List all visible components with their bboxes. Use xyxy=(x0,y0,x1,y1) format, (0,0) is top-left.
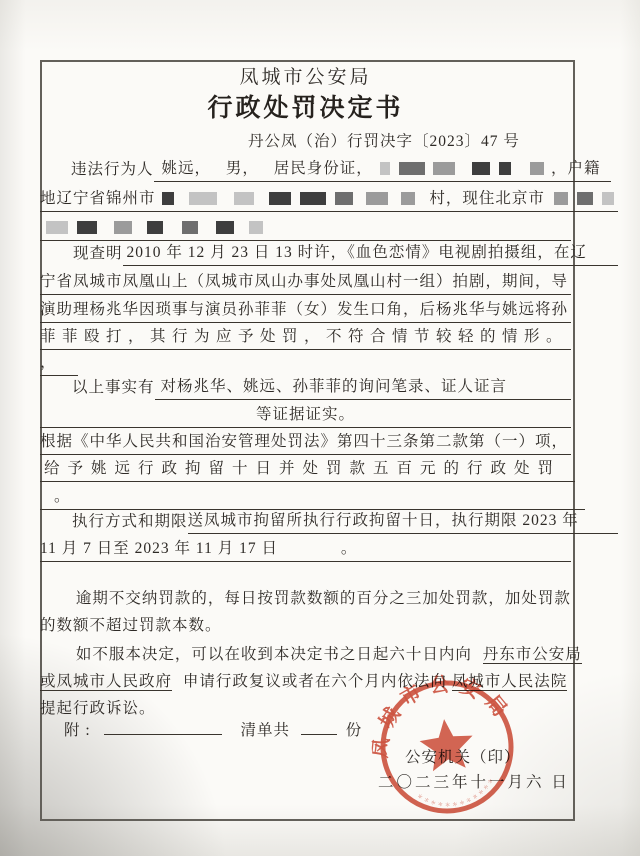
redaction-block xyxy=(182,221,198,234)
attachment-unit: 份 xyxy=(346,722,363,739)
party-label: 违法行为人 xyxy=(71,158,154,182)
redaction-block xyxy=(472,162,490,175)
party-line-1-content: 姚远， 男， 居民身份证， ，户籍 xyxy=(154,157,611,182)
party-gender: 男， xyxy=(226,160,259,177)
redaction-block xyxy=(77,221,97,234)
redaction-block xyxy=(189,192,217,205)
execution-line-1-content: 送凤城市拘留所执行行政拘留十日，执行期限 2023 年 xyxy=(188,509,618,534)
evidence-line-2: 等证据证实。 xyxy=(40,403,571,428)
evidence-line-1: 以上事实有 对杨兆华、姚远、孙菲菲的询问笔录、证人证言 xyxy=(72,376,571,400)
appeal-review-org-1: 丹东市公安局 xyxy=(483,646,582,664)
facts-line-1: 现查明 2010 年 12 月 23 日 13 时许，《血色恋情》电视剧拍摄组，… xyxy=(73,242,618,266)
redaction-block xyxy=(577,192,593,205)
facts-label: 现查明 xyxy=(73,242,123,266)
execution-line-2: 11 月 7 日至 2023 年 11 月 17 日 。 xyxy=(40,537,571,562)
redaction-block xyxy=(335,192,353,205)
redaction-block xyxy=(269,192,291,205)
document-photo: 凤城市公安局 行政处罚决定书 丹公凤（治）行罚决字〔2023〕47 号 违法行为… xyxy=(0,0,640,856)
decision-line-3: 。 xyxy=(40,485,585,510)
appeal-line-1-text: 如不服本决定，可以在收到本决定书之日起六十日内向 xyxy=(76,646,472,663)
party-line-3 xyxy=(40,216,571,241)
decision-line-1: 根据《中华人民共和国治安管理处罚法》第四十三条第二款第（一）项， xyxy=(40,430,571,455)
redaction-block xyxy=(530,162,544,175)
redaction-block xyxy=(249,221,263,234)
facts-line-5: ， xyxy=(40,351,78,376)
execution-period: 。 xyxy=(341,540,358,557)
redaction-block xyxy=(216,221,234,234)
redaction-block xyxy=(401,192,415,205)
agency-name: 凤城市公安局 xyxy=(40,66,571,90)
appeal-line-1: 如不服本决定，可以在收到本决定书之日起六十日内向 丹东市公安局 xyxy=(40,643,571,667)
attachment-count-blank xyxy=(301,734,337,735)
redaction-block xyxy=(380,162,390,175)
redaction-block xyxy=(602,192,614,205)
evidence-line-1-content: 对杨兆华、姚远、孙菲菲的询问笔录、证人证言 xyxy=(155,375,571,400)
party-line-1: 违法行为人 姚远， 男， 居民身份证， ，户籍 xyxy=(71,158,611,182)
execution-label: 执行方式和期限 xyxy=(72,510,188,534)
execution-line-1: 执行方式和期限 送凤城市拘留所执行行政拘留十日，执行期限 2023 年 xyxy=(72,510,618,534)
redaction-block xyxy=(366,192,388,205)
facts-line-3: 演助理杨兆华因琐事与演员孙菲菲（女）发生口角，后杨兆华与姚远将孙 xyxy=(40,298,571,323)
case-number: 丹公凤（治）行罚决字〔2023〕47 号 xyxy=(248,130,520,154)
redaction-block xyxy=(433,162,455,175)
facts-line-2: 宁省凤城市凤凰山上（凤城市凤山办事处凤凰山村一组）拍剧，期间，导 xyxy=(40,270,571,295)
attachment-label: 附 : xyxy=(64,722,91,739)
late-fee-line-1: 逾期不交纳罚款的，每日按罚款数额的百分之三加处罚款，加处罚款 xyxy=(40,587,571,611)
redaction-block xyxy=(114,221,132,234)
redaction-block xyxy=(147,221,163,234)
evidence-label: 以上事实有 xyxy=(72,376,155,400)
attachment-blank xyxy=(104,734,222,735)
seal-star xyxy=(418,716,476,772)
redaction-block xyxy=(499,162,511,175)
redaction-block xyxy=(234,192,254,205)
facts-line-1-content: 2010 年 12 月 23 日 13 时许，《血色恋情》电视剧拍摄组，在辽 xyxy=(123,241,618,266)
late-fee-line-1-text: 逾期不交纳罚款的，每日按罚款数额的百分之三加处罚款，加处罚款 xyxy=(76,590,571,607)
redaction-block xyxy=(46,221,68,234)
appeal-review-org-2: 或凤城市人民政府 xyxy=(40,673,172,691)
party-household-prefix: 地辽宁省锦州市 xyxy=(40,190,156,207)
decision-line-2: 给予姚远行政拘留十日并处罚款五百元的行政处罚 xyxy=(40,457,575,482)
redaction-block xyxy=(554,192,568,205)
redaction-block xyxy=(399,162,425,175)
late-fee-line-2: 的数额不超过罚款本数。 xyxy=(40,614,571,638)
party-line-2: 地辽宁省锦州市 村，现住北京市 xyxy=(40,187,618,212)
redaction-block xyxy=(162,192,174,205)
party-id-label: 居民身份证， xyxy=(274,160,373,177)
party-village-suffix: 村，现住北京市 xyxy=(429,190,545,207)
redaction-block xyxy=(300,192,326,205)
execution-dates: 11 月 7 日至 2023 年 11 月 17 日 xyxy=(40,540,278,557)
facts-line-4: 菲菲殴打，其行为应予处罚，不符合情节较轻的情形。 xyxy=(40,325,571,350)
party-name: 姚远， xyxy=(162,160,212,177)
party-household-suffix: ，户籍 xyxy=(551,160,601,177)
official-seal: 凤城市公安局 ＊＊＊＊＊＊＊＊＊＊＊＊＊＊ xyxy=(365,665,530,830)
document-title: 行政处罚决定书 xyxy=(40,92,571,124)
attachment-list-label: 清单共 xyxy=(240,722,290,739)
